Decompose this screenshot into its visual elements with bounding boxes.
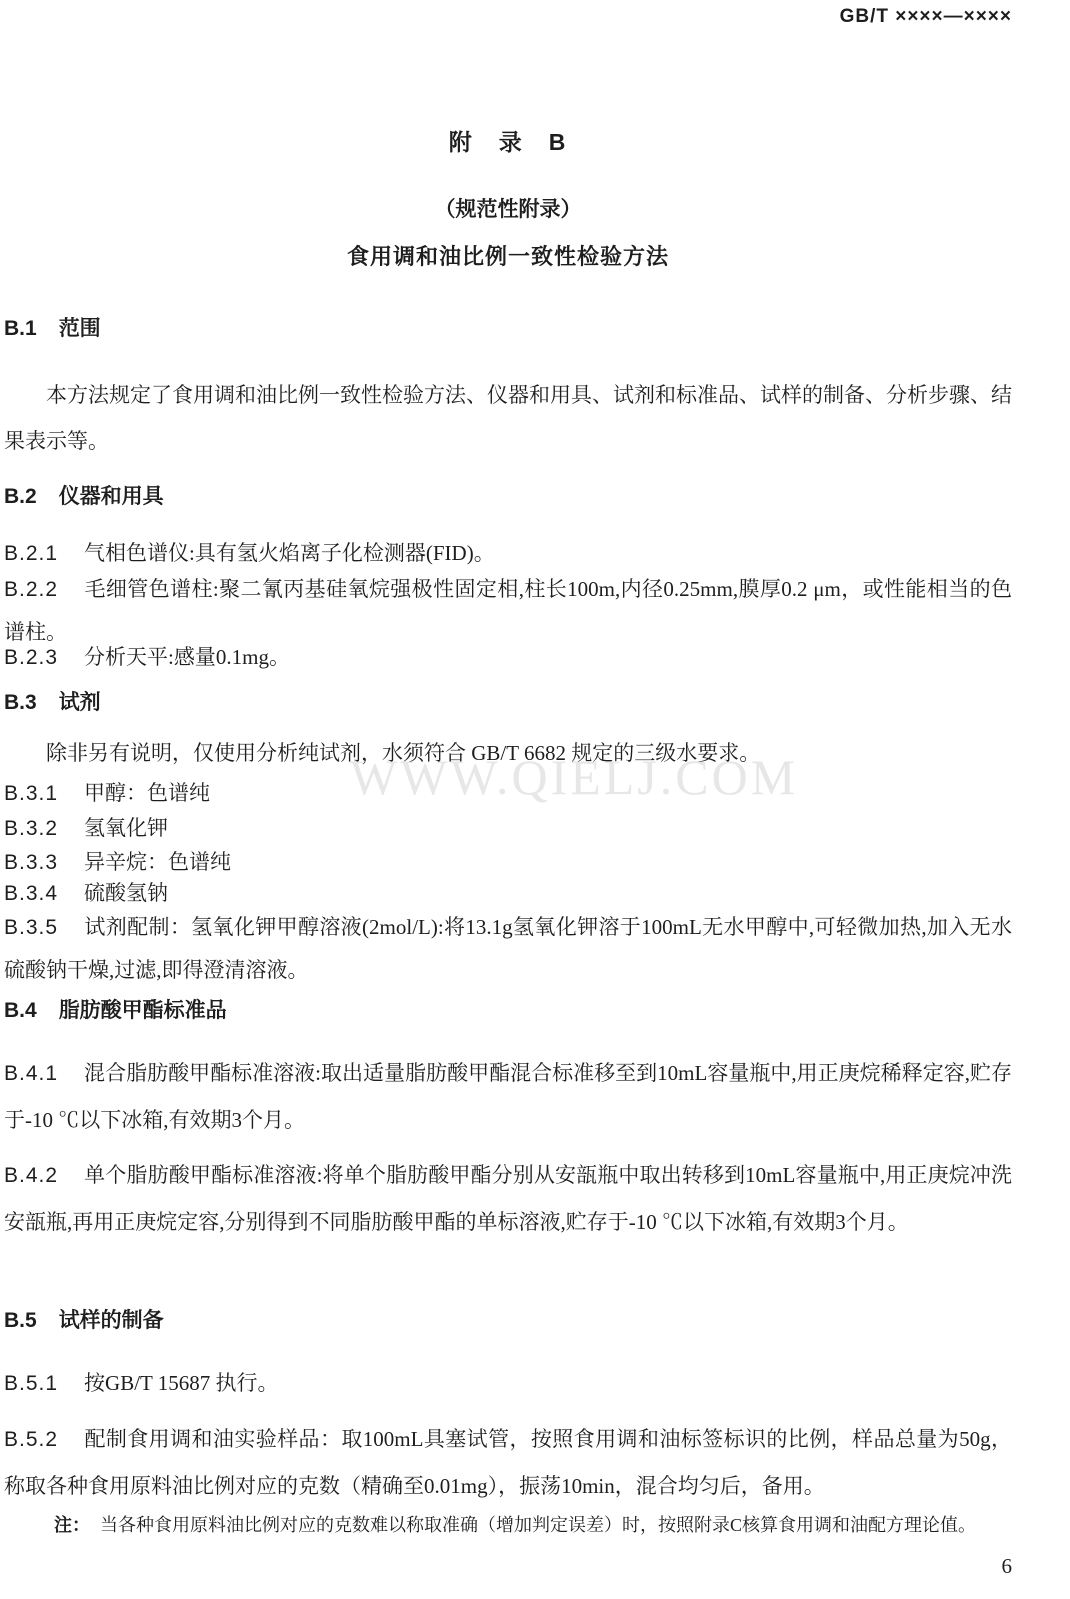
clause-number: B.4.2	[4, 1164, 58, 1187]
section-title: 脂肪酸甲酯标准品	[59, 999, 227, 1022]
clause-number: B.4.1	[4, 1062, 58, 1085]
clause-text: 单个脂肪酸甲酯标准溶液:将单个脂肪酸甲酯分别从安瓿瓶中取出转移到10mL容量瓶中…	[4, 1163, 1012, 1234]
clause-number: B.2.1	[4, 542, 58, 565]
clause-b3-1: B.3.1甲醇：色谱纯	[4, 778, 1012, 809]
section-b5-heading: B.5试样的制备	[4, 1306, 1012, 1336]
clause-text: 氢氧化钾	[84, 816, 168, 840]
section-number: B.3	[4, 691, 37, 714]
clause-b2-1: B.2.1气相色谱仪:具有氢火焰离子化检测器(FID)。	[4, 538, 1012, 569]
standard-code-header: GB/T ××××—××××	[4, 6, 1012, 28]
page-number: 6	[4, 1554, 1016, 1579]
clause-number: B.3.4	[4, 882, 58, 905]
clause-b5-2: B.5.2配制食用调和油实验样品：取100mL具塞试管，按照食用调和油标签标识的…	[4, 1416, 1012, 1510]
appendix-title: 附 录 B	[4, 124, 1012, 157]
clause-text: 按GB/T 15687 执行。	[84, 1371, 278, 1395]
clause-number: B.5.1	[4, 1372, 58, 1395]
clause-b3-4: B.3.4硫酸氢钠	[4, 878, 1012, 909]
section-b3-heading: B.3试剂	[4, 688, 1012, 718]
clause-b2-3: B.2.3分析天平:感量0.1mg。	[4, 642, 1012, 673]
clause-number: B.3.1	[4, 782, 58, 805]
appendix-type-label: （规范性附录）	[4, 193, 1012, 223]
clause-b4-1: B.4.1混合脂肪酸甲酯标准溶液:取出适量脂肪酸甲酯混合标准移至到10mL容量瓶…	[4, 1050, 1012, 1144]
clause-text: 硫酸氢钠	[84, 881, 168, 905]
section-title: 试样的制备	[59, 1309, 164, 1332]
clause-text: 配制食用调和油实验样品：取100mL具塞试管，按照食用调和油标签标识的比例，样品…	[4, 1427, 1012, 1498]
section-b1-heading: B.1范围	[4, 314, 1012, 344]
clause-number: B.5.2	[4, 1428, 58, 1451]
clause-text: 混合脂肪酸甲酯标准溶液:取出适量脂肪酸甲酯混合标准移至到10mL容量瓶中,用正庚…	[4, 1061, 1012, 1132]
clause-text: 分析天平:感量0.1mg。	[84, 645, 290, 669]
clause-b3-2: B.3.2氢氧化钾	[4, 813, 1012, 844]
clause-b2-2: B.2.2毛细管色谱柱:聚二氰丙基硅氧烷强极性固定相,柱长100m,内径0.25…	[4, 568, 1012, 653]
note-text: 当各种食用原料油比例对应的克数难以称取准确（增加判定误差）时，按照附录C核算食用…	[100, 1515, 976, 1535]
section-b2-heading: B.2仪器和用具	[4, 482, 1012, 512]
section-title: 仪器和用具	[59, 485, 164, 508]
clause-number: B.2.3	[4, 646, 58, 669]
clause-text: 甲醇：色谱纯	[84, 781, 210, 805]
section-title: 范围	[59, 317, 101, 340]
clause-b3-3: B.3.3异辛烷：色谱纯	[4, 847, 1012, 878]
clause-number: B.3.2	[4, 817, 58, 840]
clause-text: 试剂配制：氢氧化钾甲醇溶液(2mol/L):将13.1g氢氧化钾溶于100mL无…	[4, 915, 1012, 982]
section-number: B.4	[4, 999, 37, 1022]
clause-number: B.3.5	[4, 916, 58, 939]
note-label: 注：	[54, 1515, 90, 1535]
document-title: 食用调和油比例一致性检验方法	[4, 240, 1012, 271]
section-number: B.5	[4, 1309, 37, 1332]
section-number: B.2	[4, 485, 37, 508]
section-b3-intro: 除非另有说明，仅使用分析纯试剂，水须符合 GB/T 6682 规定的三级水要求。	[4, 738, 1012, 768]
clause-number: B.3.3	[4, 851, 58, 874]
clause-text: 毛细管色谱柱:聚二氰丙基硅氧烷强极性固定相,柱长100m,内径0.25mm,膜厚…	[4, 577, 1012, 644]
document-page: WWW.QIELJ.COM GB/T ××××—×××× 附 录 B （规范性附…	[0, 0, 1070, 1599]
clause-text: 异辛烷：色谱纯	[84, 850, 231, 874]
clause-number: B.2.2	[4, 578, 58, 601]
clause-b4-2: B.4.2单个脂肪酸甲酯标准溶液:将单个脂肪酸甲酯分别从安瓿瓶中取出转移到10m…	[4, 1152, 1012, 1245]
section-b4-heading: B.4脂肪酸甲酯标准品	[4, 996, 1012, 1026]
note: 注：当各种食用原料油比例对应的克数难以称取准确（增加判定误差）时，按照附录C核算…	[4, 1512, 1012, 1538]
section-number: B.1	[4, 317, 37, 340]
section-title: 试剂	[59, 691, 101, 714]
section-b1-paragraph: 本方法规定了食用调和油比例一致性检验方法、仪器和用具、试剂和标准品、试样的制备、…	[4, 372, 1012, 464]
clause-text: 气相色谱仪:具有氢火焰离子化检测器(FID)。	[84, 541, 495, 565]
clause-b5-1: B.5.1按GB/T 15687 执行。	[4, 1368, 1012, 1399]
clause-b3-5: B.3.5试剂配制：氢氧化钾甲醇溶液(2mol/L):将13.1g氢氧化钾溶于1…	[4, 906, 1012, 991]
